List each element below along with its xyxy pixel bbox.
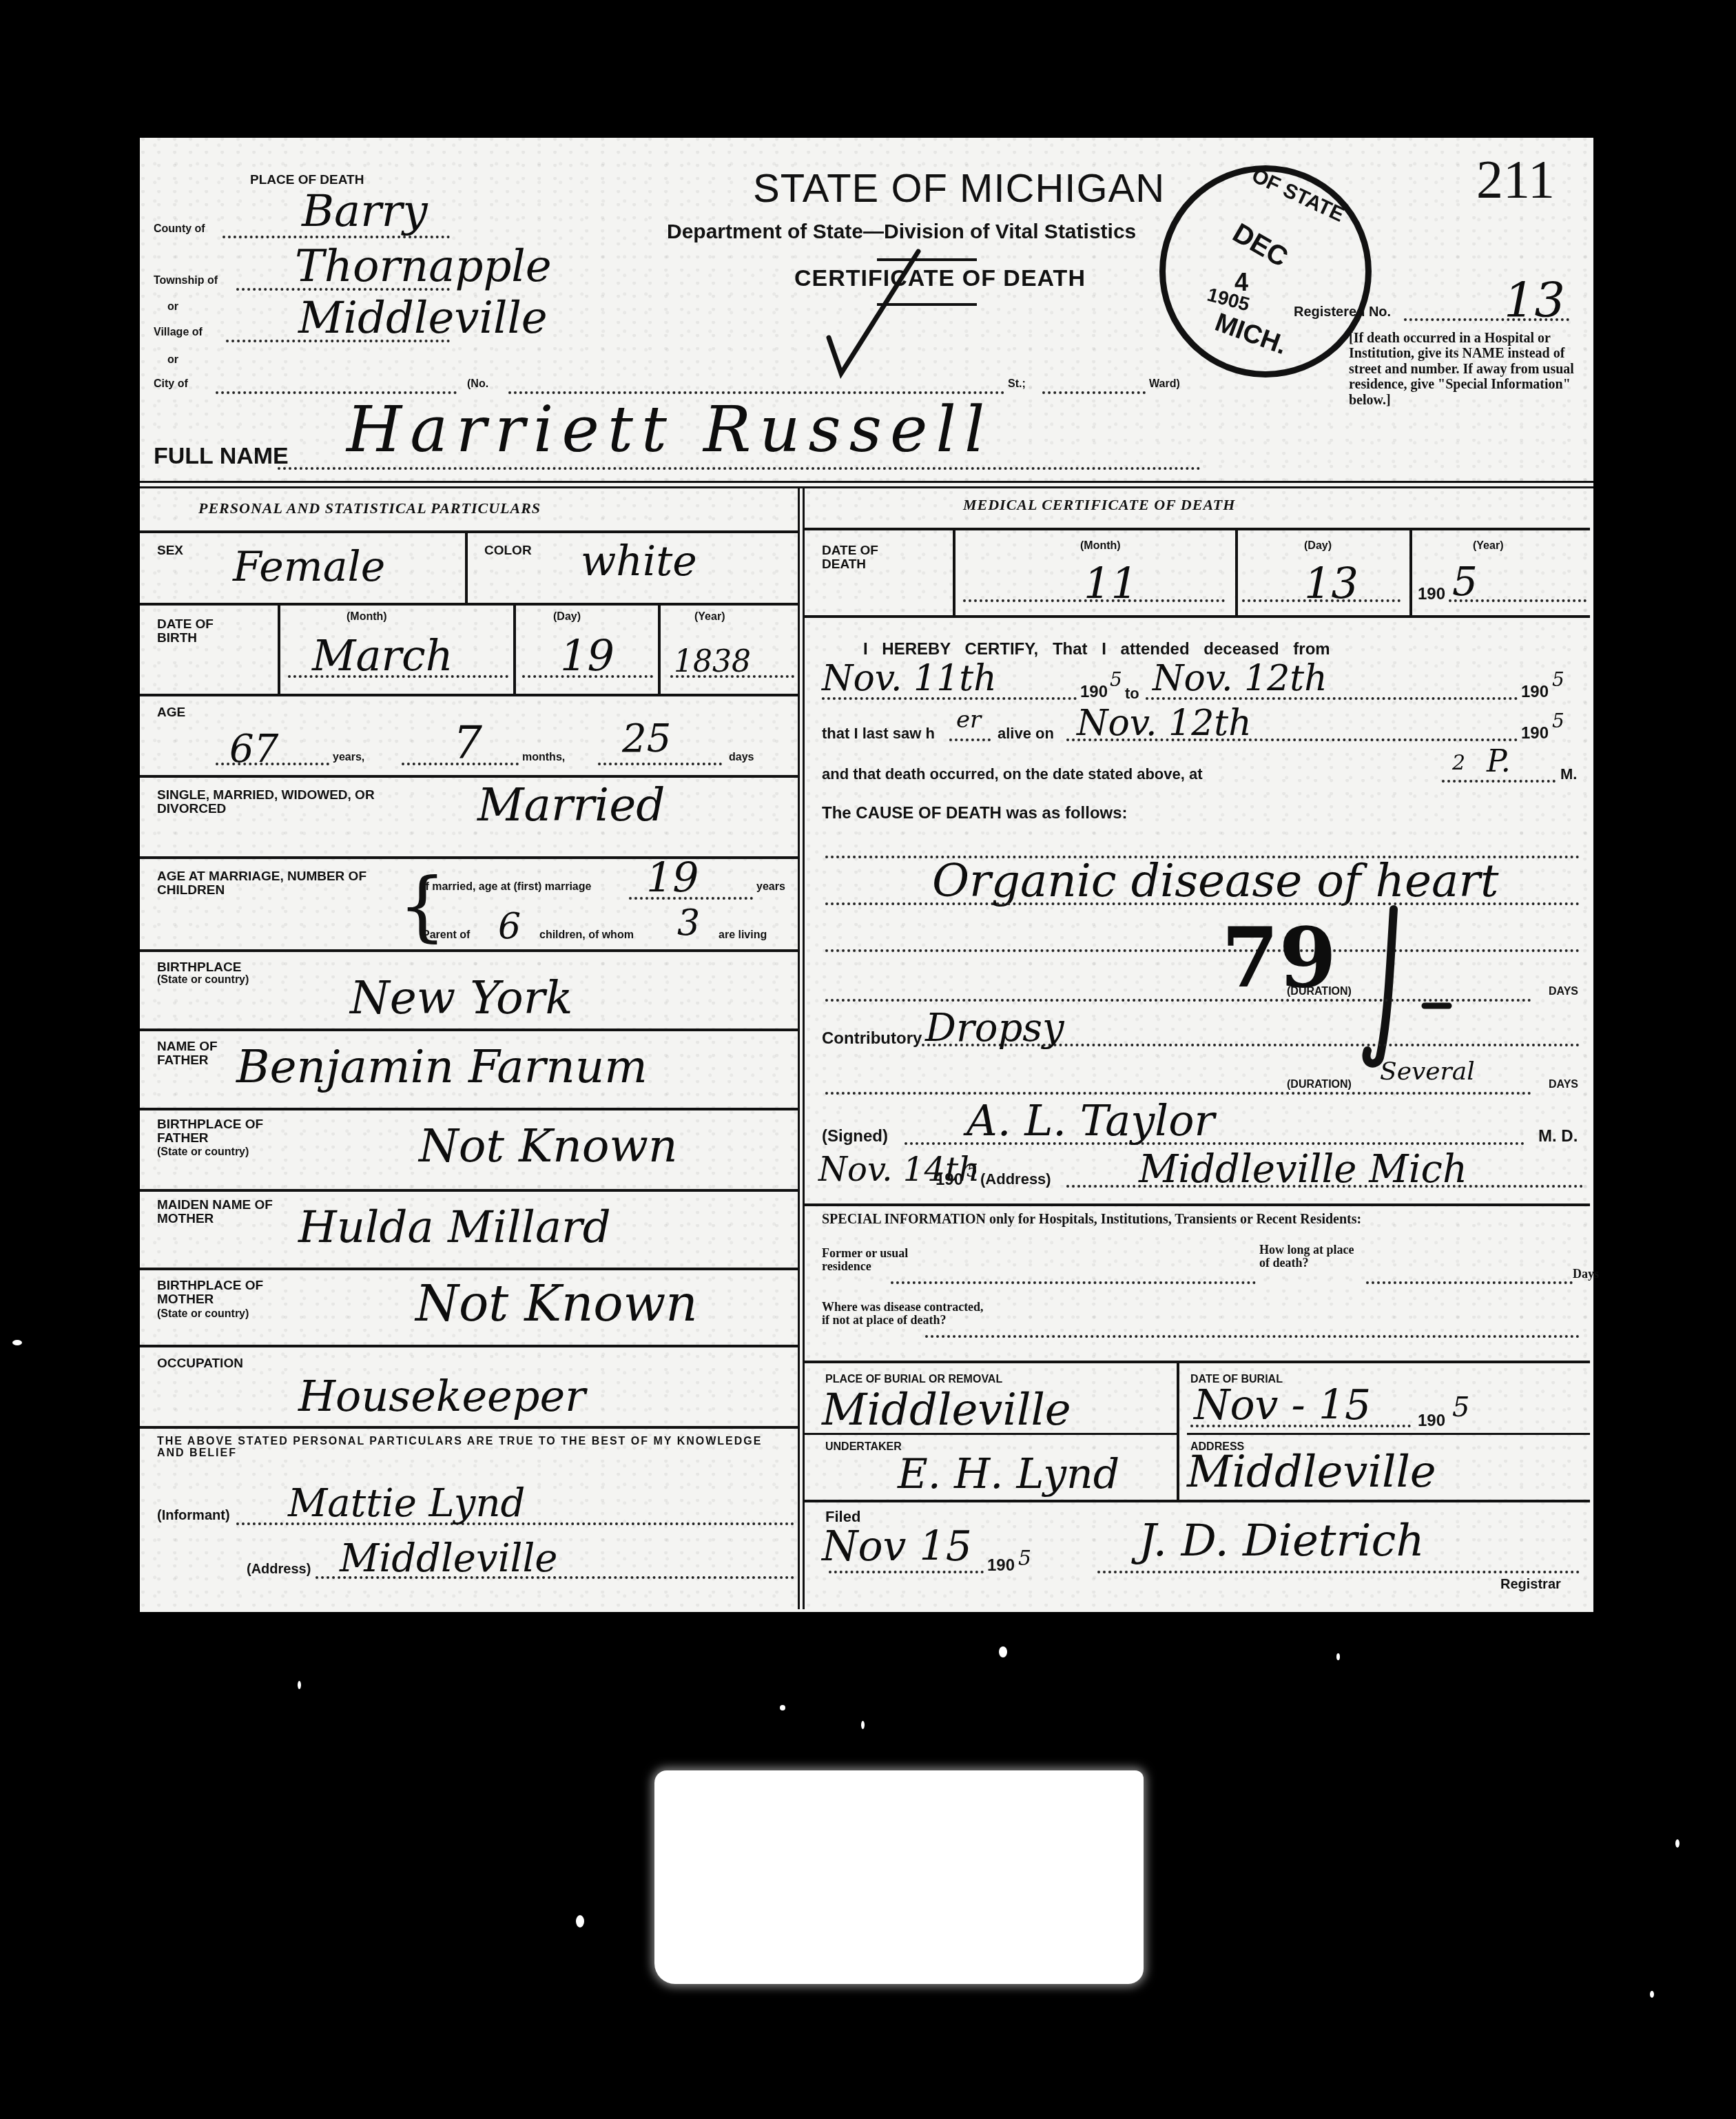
stamp-month: DEC (1227, 218, 1293, 273)
burial-date-underline (1190, 1425, 1411, 1427)
to-label: to (1125, 685, 1139, 701)
how-long-label: How long at place of death? (1259, 1243, 1363, 1270)
medical-section-title: MEDICAL CERTIFICATE OF DEATH (963, 496, 1235, 514)
film-speck (576, 1915, 584, 1927)
alive-on-text: alive on (998, 725, 1054, 741)
registered-no-label: Registered No. (1294, 305, 1391, 320)
color-value: white (581, 537, 697, 586)
contributory-value: Dropsy (925, 1006, 1064, 1051)
ward-underline (1042, 391, 1146, 394)
attestation-text: THE ABOVE STATED PERSONAL PARTICULARS AR… (157, 1436, 763, 1460)
place-of-death-label: PLACE OF DEATH (250, 174, 364, 187)
dob-day-underline (522, 675, 653, 678)
where-contracted-label: Where was disease contracted, if not at … (822, 1301, 994, 1327)
row-rule (805, 1361, 1590, 1363)
burial-divider (1177, 1362, 1179, 1500)
from-year-prefix: 190 (1080, 683, 1108, 701)
father-birthplace-value: Not Known (419, 1119, 678, 1172)
row-rule (140, 856, 798, 859)
institution-note: [If death occurred in a Hospital or Inst… (1349, 331, 1576, 408)
informant-address-value: Middleville (340, 1536, 558, 1581)
undertaker-label: UNDERTAKER (825, 1442, 902, 1454)
informant-label: (Informant) (157, 1509, 230, 1523)
village-value: Middleville (298, 293, 548, 344)
street-number-label: (No. (467, 379, 488, 391)
father-birthplace-label: BIRTHPLACE OF FATHER (157, 1118, 267, 1146)
father-name-value: Benjamin Farnum (236, 1040, 648, 1093)
row-rule (140, 1268, 798, 1270)
cause-line-4 (825, 999, 1531, 1002)
signed-value: A. L. Taylor (967, 1095, 1215, 1146)
mother-name-value: Hulda Millard (298, 1202, 611, 1253)
grid-top-rule-2 (140, 486, 1593, 488)
column-divider-2 (803, 486, 805, 1609)
last-saw-date: Nov. 12th (1077, 703, 1252, 744)
cause-duration-label: (DURATION) (1287, 986, 1352, 998)
to-year-prefix: 190 (1521, 683, 1549, 701)
county-label: County of (154, 224, 205, 236)
informant-address-label: (Address) (247, 1562, 311, 1577)
sheet-number: 211 (1476, 148, 1555, 210)
department-heading: Department of State—Division of Vital St… (667, 220, 1136, 244)
sex-value: Female (233, 543, 385, 591)
mother-birthplace-value: Not Known (415, 1274, 698, 1332)
children-count: 6 (498, 906, 521, 947)
father-birthplace-hint: (State or country) (157, 1147, 249, 1159)
age-months-value: 7 (453, 716, 482, 769)
marital-status-value: Married (477, 778, 665, 831)
undertaker-value: E. H. Lynd (898, 1450, 1119, 1498)
dod-year-prefix: 190 (1418, 586, 1445, 603)
children-text: children, of whom (539, 930, 634, 942)
dob-year-label: (Year) (694, 612, 725, 623)
dod-label: DATE OF DEATH (822, 544, 905, 572)
marriage-children-label: AGE AT MARRIAGE, NUMBER OF CHILDREN (157, 870, 378, 898)
how-long-underline (1366, 1281, 1573, 1284)
row-rule (140, 949, 798, 952)
medical-address-label: (Address) (980, 1171, 1051, 1187)
dob-month-value: March (312, 630, 453, 681)
row-rule (140, 1189, 798, 1192)
living-text: are living (719, 930, 767, 942)
age-years-underline (216, 763, 329, 765)
dod-divider-3 (1409, 529, 1412, 615)
married-age-value: 19 (646, 854, 699, 902)
dob-day-value: 19 (560, 630, 614, 681)
film-speck (780, 1705, 785, 1710)
contributory-duration-label: (DURATION) (1287, 1079, 1352, 1091)
occupation-label: OCCUPATION (157, 1357, 243, 1371)
death-time-text: and that death occurred, on the date sta… (822, 766, 1203, 782)
stamp-top-text: OF STATE (1248, 164, 1348, 227)
column-divider (798, 486, 800, 1609)
last-saw-year-prefix: 190 (1521, 725, 1549, 742)
contributory-duration-value: Several (1380, 1057, 1475, 1086)
stamp-bottom-text: MICH. (1211, 308, 1291, 361)
birthplace-value: New York (350, 971, 572, 1024)
to-year-suffix: 5 (1552, 668, 1564, 691)
attended-from-value: Nov. 11th (822, 658, 997, 699)
dob-label: DATE OF BIRTH (157, 618, 233, 645)
signed-label: (Signed) (822, 1128, 888, 1145)
death-time-hour: 2 (1452, 751, 1465, 775)
grid-top-rule (140, 481, 1593, 483)
informant-value: Mattie Lynd (288, 1481, 525, 1526)
dob-divider-3 (658, 604, 661, 694)
row-rule (140, 1108, 798, 1110)
dod-divider-1 (953, 529, 955, 615)
dob-year-underline (670, 675, 794, 678)
film-speck (1675, 1839, 1680, 1848)
dod-year-label: (Year) (1473, 541, 1503, 552)
film-speck (861, 1721, 865, 1729)
code-stroke-mark (1352, 902, 1490, 1075)
last-saw-year-suffix: 5 (1552, 710, 1564, 732)
or-label-1: or (167, 302, 178, 313)
film-speck (999, 1646, 1007, 1657)
received-date-stamp: OF STATE DEC 4 1905 MICH. (1159, 165, 1372, 378)
dod-year-suffix: 5 (1452, 558, 1478, 605)
attended-to-value: Nov. 12th (1153, 658, 1327, 699)
days-label: days (729, 752, 754, 764)
attended-from-underline (822, 697, 1077, 700)
cause-value: Organic disease of heart (932, 854, 1499, 907)
full-name-value: Harriett Russell (347, 393, 993, 466)
father-name-label: NAME OF FATHER (157, 1040, 240, 1068)
film-speck (1650, 1991, 1654, 1998)
color-label: COLOR (484, 544, 532, 558)
registrar-signature: J. D. Dietrich (1139, 1516, 1425, 1567)
row-rule (805, 528, 1590, 530)
filed-value: Nov 15 (822, 1522, 972, 1571)
personal-section-title: PERSONAL AND STATISTICAL PARTICULARS (198, 499, 541, 517)
living-count: 3 (677, 902, 700, 944)
last-saw-underline (949, 738, 991, 741)
row-rule (140, 694, 798, 696)
how-long-days-label: Days (1573, 1268, 1599, 1281)
death-time-ampm: P. (1487, 744, 1511, 779)
medical-address-value: Middleville Mich (1139, 1147, 1467, 1192)
burial-date-value: Nov - 15 (1194, 1381, 1371, 1429)
contributory-duration-line (825, 1092, 1531, 1095)
filed-year-suffix: 5 (1018, 1547, 1031, 1571)
last-saw-text: that I last saw h (822, 725, 935, 741)
row-rule (140, 603, 798, 606)
where-contracted-underline (925, 1335, 1580, 1338)
dob-month-underline (288, 675, 508, 678)
dod-year-underline (1449, 599, 1587, 602)
state-title: STATE OF MICHIGAN (753, 165, 1165, 211)
dob-divider-2 (513, 604, 516, 694)
dod-day-underline (1242, 599, 1401, 602)
registrar-underline (1097, 1571, 1580, 1573)
dod-day-label: (Day) (1304, 541, 1332, 552)
contributory-days-label: DAYS (1549, 1079, 1578, 1091)
m-label: M. (1560, 766, 1577, 782)
dob-day-label: (Day) (553, 612, 581, 623)
checkmark-icon (822, 248, 925, 379)
sex-color-divider (465, 532, 468, 603)
film-speck (1336, 1653, 1340, 1660)
film-speck (12, 1340, 22, 1345)
mother-birthplace-label: BIRTHPLACE OF MOTHER (157, 1279, 267, 1307)
married-age-unit: years (756, 882, 785, 893)
row-rule (140, 1029, 798, 1031)
full-name-label: FULL NAME (154, 444, 289, 469)
village-label: Village of (154, 327, 203, 339)
contributory-label: Contributory (822, 1030, 922, 1047)
married-age-underline (629, 897, 753, 900)
dod-divider-2 (1235, 529, 1238, 615)
from-year-suffix: 5 (1110, 668, 1122, 691)
row-rule (140, 530, 798, 533)
birthplace-label: BIRTHPLACE (157, 961, 241, 975)
street-label: St.; (1008, 379, 1026, 391)
burial-date-rule (1187, 1433, 1590, 1435)
blank-white-patch (654, 1770, 1144, 1984)
last-saw-date-underline (1066, 738, 1518, 741)
township-label: Township of (154, 276, 218, 287)
marital-status-label: SINGLE, MARRIED, WIDOWED, OR DIVORCED (157, 789, 446, 816)
former-residence-label: Former or usual residence (822, 1247, 925, 1273)
registrar-label: Registrar (1500, 1578, 1561, 1592)
burial-place-value: Middleville (822, 1385, 1071, 1436)
row-rule (805, 1500, 1590, 1502)
signed-year-suffix: 5 (967, 1161, 978, 1181)
registered-no-value: 13 (1504, 272, 1565, 329)
city-label: City of (154, 379, 188, 391)
dob-month-label: (Month) (347, 612, 387, 623)
row-rule (140, 1345, 798, 1347)
row-rule (140, 775, 798, 778)
dob-divider-1 (278, 604, 280, 694)
burial-year-suffix: 5 (1452, 1392, 1469, 1423)
death-time-underline (1442, 780, 1556, 783)
age-days-underline (598, 763, 722, 765)
filed-underline (829, 1571, 984, 1573)
sex-label: SEX (157, 544, 183, 558)
or-label-2: or (167, 355, 178, 366)
burial-year-prefix: 190 (1418, 1412, 1445, 1429)
row-rule (805, 615, 1590, 618)
former-residence-underline (891, 1281, 1256, 1284)
months-label: months, (522, 752, 565, 764)
last-saw-pronoun: er (956, 706, 981, 734)
burial-place-rule (805, 1433, 1177, 1435)
film-speck (298, 1681, 301, 1689)
age-months-underline (402, 763, 519, 765)
certify-text: I HEREBY CERTIFY, That I attended deceas… (863, 641, 1587, 658)
mother-birthplace-hint: (State or country) (157, 1309, 249, 1321)
county-value: Barry (302, 186, 428, 237)
mother-name-label: MAIDEN NAME OF MOTHER (157, 1199, 295, 1226)
dod-month-underline (963, 599, 1225, 602)
filed-year-prefix: 190 (987, 1557, 1015, 1574)
age-days-value: 25 (622, 716, 671, 761)
cause-label: The CAUSE OF DEATH was as follows: (822, 805, 1128, 822)
township-value: Thornapple (295, 241, 552, 292)
cause-days-label: DAYS (1549, 986, 1578, 998)
signed-year-prefix: 190 (936, 1171, 963, 1188)
md-label: M. D. (1538, 1128, 1578, 1145)
years-label: years, (333, 752, 364, 764)
undertaker-address-value: Middleville (1187, 1447, 1436, 1498)
ward-label: Ward) (1149, 379, 1180, 391)
parent-of-text: Parent of (422, 930, 470, 942)
row-rule (140, 1426, 798, 1429)
row-rule (805, 1203, 1590, 1206)
age-label: AGE (157, 706, 185, 720)
birthplace-hint: (State or country) (157, 975, 249, 986)
dod-month-label: (Month) (1080, 541, 1121, 552)
death-certificate: 211 PLACE OF DEATH County of Barry Towns… (140, 138, 1593, 1612)
special-info-title: SPECIAL INFORMATION only for Hospitals, … (822, 1212, 1361, 1227)
dob-year-value: 1838 (674, 644, 751, 679)
occupation-value: Housekeeper (298, 1371, 586, 1421)
full-name-underline (278, 467, 1201, 470)
married-age-text: If married, age at (first) marriage (422, 882, 591, 893)
attended-to-underline (1146, 697, 1518, 700)
